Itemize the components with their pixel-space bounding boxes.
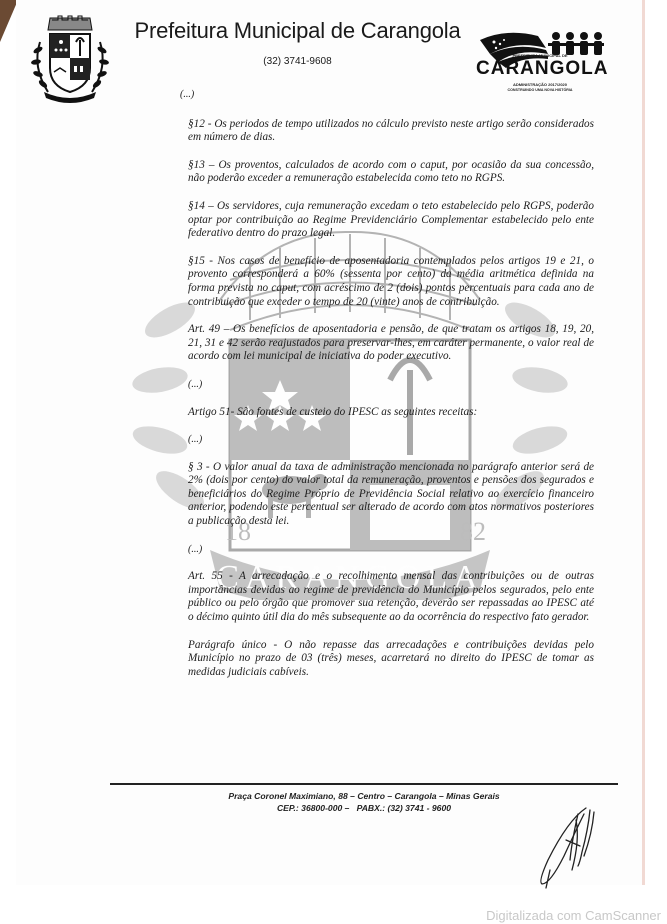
logo-admin-line: ADMINISTRAÇÃO 2017/2020 — [476, 82, 604, 87]
article-49: Art. 49 – Os benefícios de aposentadoria… — [188, 323, 594, 364]
camscanner-watermark: Digitalizada com CamScanner — [0, 908, 667, 923]
article-51: Artigo 51- São fontes de custeio do IPES… — [188, 406, 594, 420]
handwritten-signature-icon — [528, 800, 608, 890]
article-55: Art. 55 - A arrecadação e o recolhimento… — [188, 570, 594, 624]
logo-wordmark: CARANGOLA — [476, 58, 604, 80]
paragraph-15: §15 - Nos casos de benefício de aposenta… — [188, 255, 594, 309]
header-phone: (32) 3741-9608 — [120, 56, 475, 67]
omission-marker: (...) — [180, 88, 594, 102]
omission-marker: (...) — [188, 433, 594, 447]
omission-marker: (...) — [188, 543, 594, 557]
coat-of-arms-icon — [30, 12, 110, 104]
page-title: Prefeitura Municipal de Carangola — [120, 18, 475, 44]
paragraph-13: §13 – Os proventos, calculados de acordo… — [188, 159, 594, 186]
paragraph-3: § 3 - O valor anual da taxa de administr… — [188, 461, 594, 529]
footer-divider — [110, 783, 618, 785]
document-body: (...) §12 - Os periodos de tempo utiliza… — [188, 88, 594, 679]
paragraph-12: §12 - Os periodos de tempo utilizados no… — [188, 118, 594, 145]
article-55-sole-paragraph: Parágrafo único - O não repasse das arre… — [188, 639, 594, 680]
paragraph-14: §14 – Os servidores, cuja remuneração ex… — [188, 200, 594, 241]
omission-marker: (...) — [188, 378, 594, 392]
